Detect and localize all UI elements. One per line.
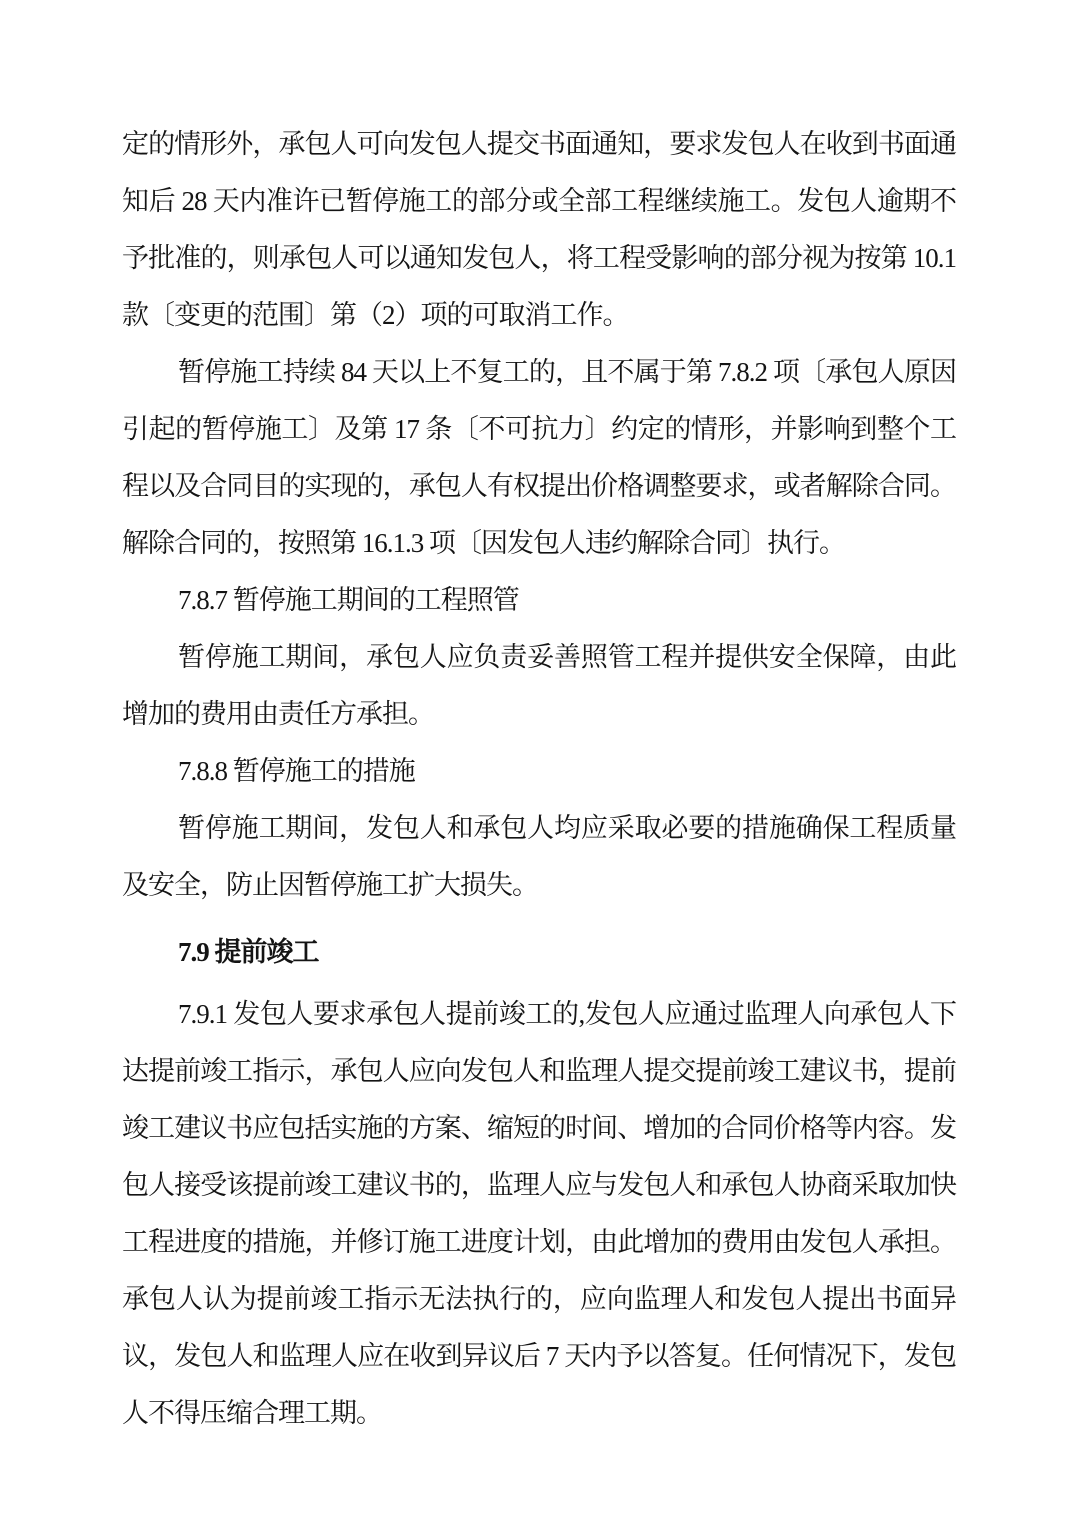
paragraph-resume-notice-continuation: 定的情形外，承包人可向发包人提交书面通知，要求发包人在收到书面通知后 28 天内… xyxy=(122,116,956,344)
document-text-block: 定的情形外，承包人可向发包人提交书面通知，要求发包人在收到书面通知后 28 天内… xyxy=(122,116,956,1442)
document-page: 定的情形外，承包人可向发包人提交书面通知，要求发包人在收到书面通知后 28 天内… xyxy=(0,0,1074,1520)
heading-7-8-7: 7.8.7 暂停施工期间的工程照管 xyxy=(122,572,956,629)
paragraph-care-during-suspension: 暂停施工期间，承包人应负责妥善照管工程并提供安全保障，由此增加的费用由责任方承担… xyxy=(122,629,956,743)
paragraph-7-9-1-early-completion: 7.9.1 发包人要求承包人提前竣工的,发包人应通过监理人向承包人下达提前竣工指… xyxy=(122,986,956,1442)
heading-7-8-8: 7.8.8 暂停施工的措施 xyxy=(122,743,956,800)
heading-7-9-early-completion: 7.9 提前竣工 xyxy=(122,924,956,981)
paragraph-suspension-measures: 暂停施工期间，发包人和承包人均应采取必要的措施确保工程质量及安全，防止因暂停施工… xyxy=(122,800,956,914)
paragraph-suspension-over-84-days: 暂停施工持续 84 天以上不复工的，且不属于第 7.8.2 项〔承包人原因引起的… xyxy=(122,344,956,572)
